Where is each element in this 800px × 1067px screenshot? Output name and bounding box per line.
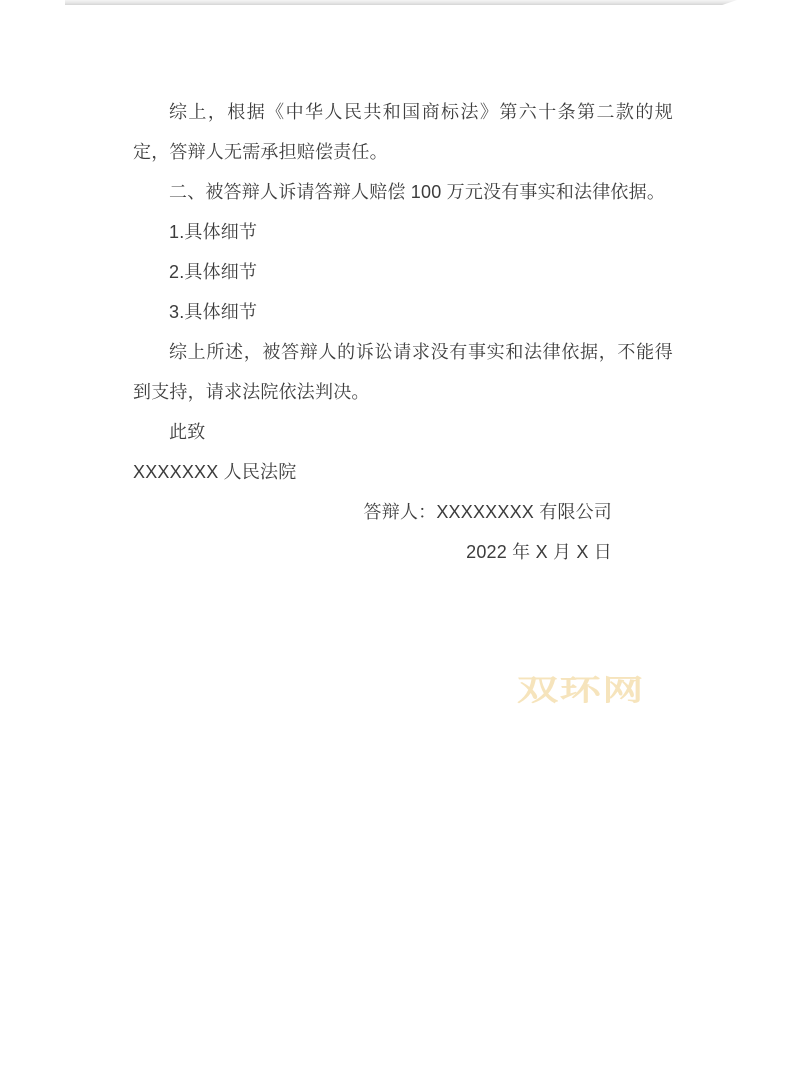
- watermark: 双环网: [517, 676, 645, 706]
- document-page: 综上，根据《中华人民共和国商标法》第六十条第二款的规定，答辩人无需承担赔偿责任。…: [133, 92, 673, 572]
- paragraph-trademark-law-conclusion: 综上，根据《中华人民共和国商标法》第六十条第二款的规定，答辩人无需承担赔偿责任。: [133, 92, 673, 172]
- paragraph-final-conclusion: 综上所述，被答辩人的诉讼请求没有事实和法律依据，不能得到支持，请求法院依法判决。: [133, 332, 673, 412]
- court-name-line: XXXXXXX 人民法院: [133, 452, 673, 492]
- closing-salutation: 此致: [133, 412, 673, 452]
- respondent-signature: 答辩人：XXXXXXXX 有限公司: [133, 492, 612, 532]
- document-date: 2022 年 X 月 X 日: [133, 532, 612, 572]
- paragraph-point-two: 二、被答辩人诉请答辩人赔偿 100 万元没有事实和法律依据。: [133, 172, 673, 212]
- signature-block: 答辩人：XXXXXXXX 有限公司 2022 年 X 月 X 日: [133, 492, 673, 572]
- detail-item-2: 2.具体细节: [133, 252, 673, 292]
- detail-item-1: 1.具体细节: [133, 212, 673, 252]
- previous-page-edge: [65, 0, 737, 5]
- detail-item-3: 3.具体细节: [133, 292, 673, 332]
